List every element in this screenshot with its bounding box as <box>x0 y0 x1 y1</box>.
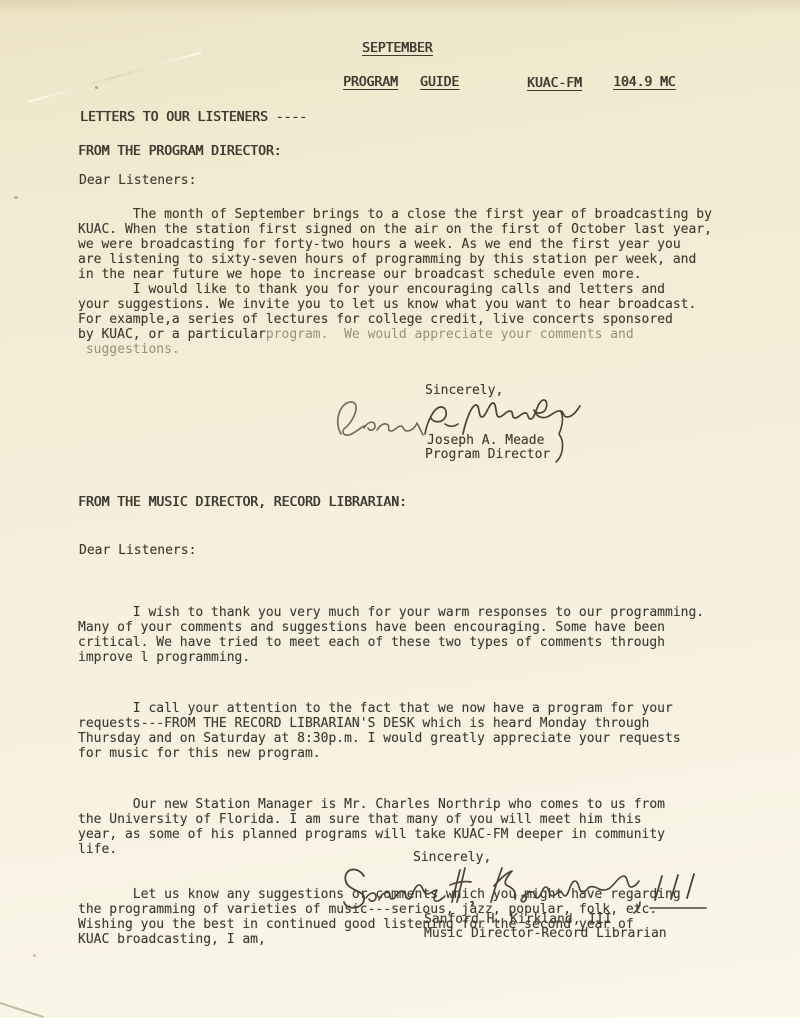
letter1-signed-title: Program Director <box>425 447 550 462</box>
letter1-salutation: Dear Listeners: <box>79 173 196 188</box>
scanned-letter-page: SEPTEMBER PROGRAM GUIDE KUAC-FM 104.9 MC… <box>0 0 800 1026</box>
paper-scratch-mark <box>28 51 202 103</box>
paper-speck <box>14 196 18 199</box>
letter1-from-heading: FROM THE PROGRAM DIRECTOR: <box>78 144 282 159</box>
header-program-label: PROGRAM <box>343 75 398 90</box>
document-title: LETTERS TO OUR LISTENERS ---- <box>80 110 307 125</box>
letter2-paragraph: I call your attention to the fact that w… <box>78 701 704 761</box>
sanford-kirkland-handwritten-signature <box>340 858 712 920</box>
letter1-body: The month of September brings to a close… <box>78 207 712 357</box>
header-month: SEPTEMBER <box>362 41 432 56</box>
letter1-body-main-text: The month of September brings to a close… <box>78 207 712 342</box>
header-station-callsign: KUAC-FM <box>527 76 582 91</box>
letter2-signed-title: Music Director-Record Librarian <box>424 926 667 941</box>
letter2-salutation: Dear Listeners: <box>79 543 196 558</box>
paper-speck <box>33 954 36 957</box>
header-frequency: 104.9 MC <box>613 75 676 90</box>
paper-corner-fold <box>0 1000 44 1018</box>
paper-top-shade <box>0 0 800 14</box>
header-guide-label: GUIDE <box>420 75 459 90</box>
paper-speck <box>95 86 98 89</box>
scan-edge-white-strip <box>0 1018 800 1026</box>
letter1-signed-name: Joseph A. Meade <box>427 433 544 448</box>
letter2-paragraph: I wish to thank you very much for your w… <box>78 605 704 665</box>
letter2-paragraph: Our new Station Manager is Mr. Charles N… <box>78 797 704 857</box>
letter2-from-heading: FROM THE MUSIC DIRECTOR, RECORD LIBRARIA… <box>78 495 407 510</box>
letter2-signed-name: Sanford H. Kirkland, III <box>424 912 612 927</box>
